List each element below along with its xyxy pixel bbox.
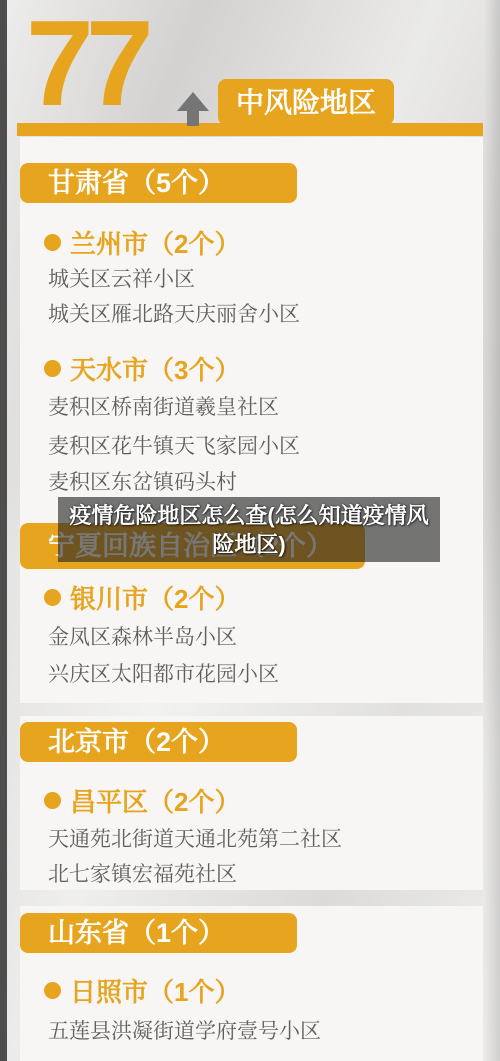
area-row: 金凤区森林半岛小区 [48,621,237,651]
bullet-icon [44,982,61,999]
city-label: 天水市（3个） [70,350,240,387]
province-header-shandong: 山东省（1个） [20,913,297,953]
risk-type-badge: 中风险地区 [218,79,394,125]
bullet-icon [44,792,61,809]
city-label: 兰州市（2个） [70,224,240,261]
area-row: 城关区云祥小区 [48,263,195,293]
risk-area-infographic: 77 中风险地区 甘肃省（5个） 兰州市（2个） 城关区云祥小区 城关区雁北路天… [0,0,500,1061]
risk-area-count: 77 [26,0,146,127]
area-row: 麦积区桥南街道羲皇社区 [48,391,279,421]
province-header-gansu: 甘肃省（5个） [20,163,297,203]
video-caption-overlay: 疫情危险地区怎么查(怎么知道疫情风险地区) [58,497,440,562]
area-row: 麦积区花牛镇天飞家园小区 [48,430,300,460]
city-label: 昌平区（2个） [70,782,240,819]
area-row: 五莲县洪凝街道学府壹号小区 [48,1015,321,1045]
city-row-tianshui: 天水市（3个） [44,350,240,387]
left-edge-strip [0,0,7,1061]
city-row-lanzhou: 兰州市（2个） [44,224,240,261]
area-row: 麦积区东岔镇码头村 [48,466,237,496]
city-label: 银川市（2个） [70,579,240,616]
city-row-rizhao: 日照市（1个） [44,972,240,1009]
bullet-icon [44,234,61,251]
area-row: 北七家镇宏福苑社区 [48,858,237,888]
bullet-icon [44,589,61,606]
up-arrow-icon [177,92,209,126]
area-row: 城关区雁北路天庆丽舍小区 [48,298,300,328]
city-label: 日照市（1个） [70,972,240,1009]
city-row-changping: 昌平区（2个） [44,782,240,819]
bullet-icon [44,360,61,377]
caption-text: 疫情危险地区怎么查(怎么知道疫情风险地区) [66,501,432,559]
area-row: 兴庆区太阳都市花园小区 [48,658,279,688]
province-header-beijing: 北京市（2个） [20,722,297,762]
up-arrow-stem [187,109,199,126]
area-row: 天通苑北街道天通北苑第二社区 [48,823,342,853]
city-row-yinchuan: 银川市（2个） [44,579,240,616]
